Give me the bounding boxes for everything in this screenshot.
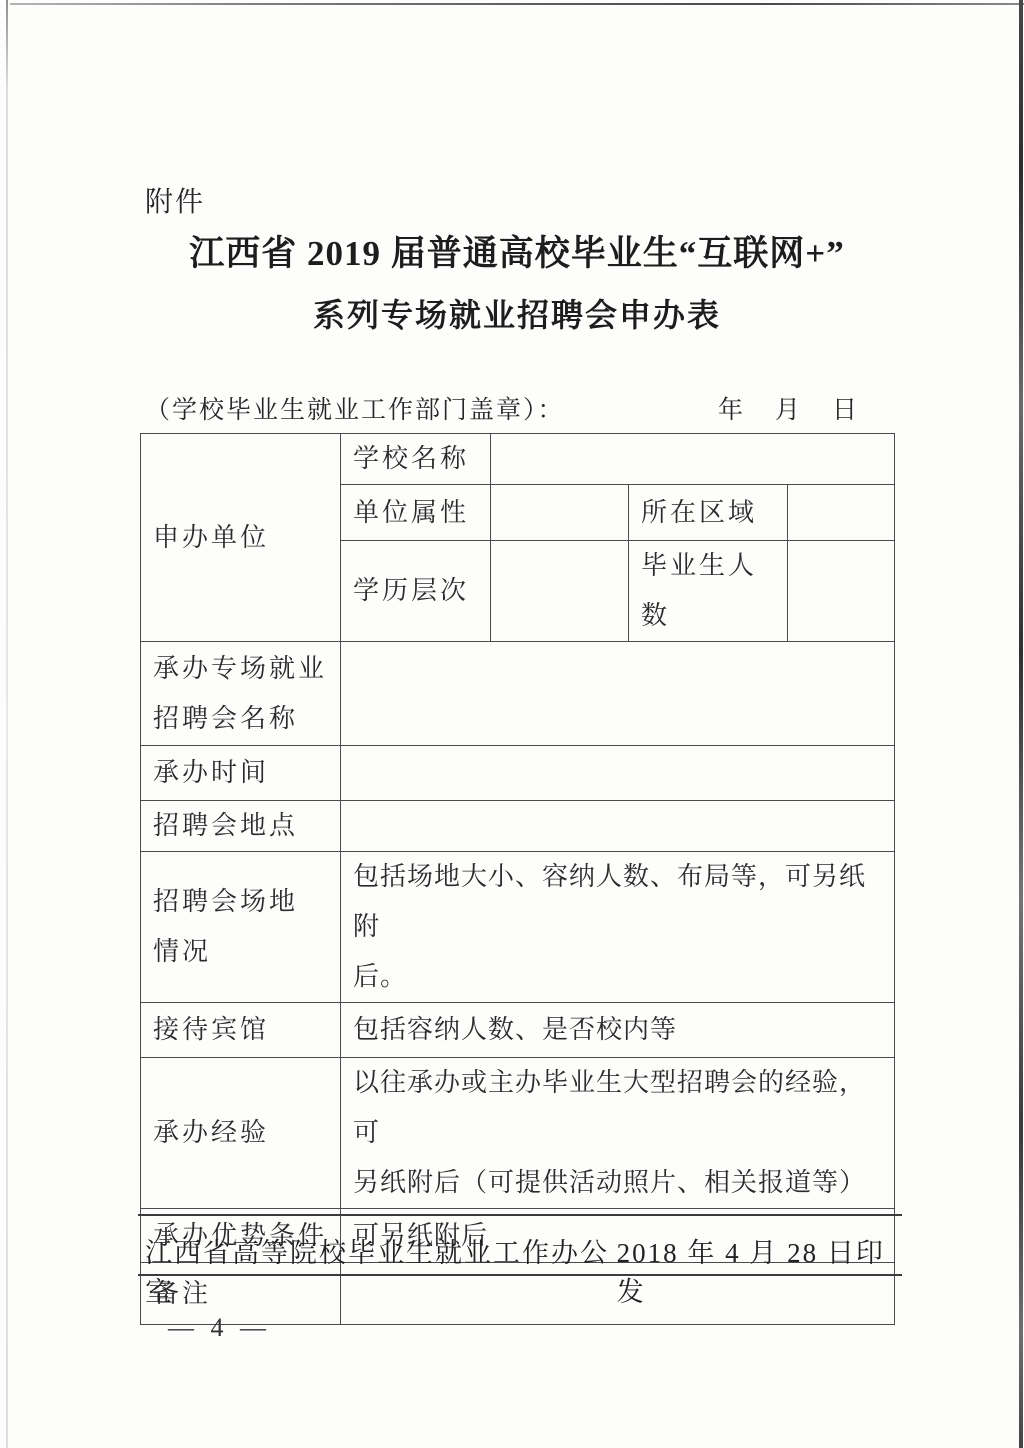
- table-row: 承办专场就业 招聘会名称: [141, 642, 895, 746]
- region-value-cell: [788, 485, 895, 541]
- education-level-label-cell: 学历层次: [341, 541, 491, 642]
- table-row: 招聘会地点: [141, 801, 895, 852]
- undertake-time-label-cell: 承办时间: [141, 746, 341, 801]
- attachment-label: 附件: [145, 180, 205, 220]
- school-name-label-cell: 学校名称: [341, 434, 491, 485]
- table-row: 招聘会场地 情况 包括场地大小、容纳人数、布局等，可另纸附 后。: [141, 852, 895, 1003]
- footer-line: 江西省高等院校毕业生就业工作办公室 2018 年 4 月 28 日印发: [145, 1231, 901, 1309]
- application-form-table: 申办单位 学校名称 单位属性 所在区域 学历层次 毕业生人数 承办专场就业 招聘…: [140, 433, 895, 1325]
- scan-edge-right-line: [1019, 0, 1023, 1448]
- scan-edge-top-line: [10, 3, 1024, 5]
- table-row: 申办单位 学校名称: [141, 434, 895, 485]
- hotel-value-cell: 包括容纳人数、是否校内等: [341, 1003, 895, 1058]
- fair-name-value-cell: [341, 642, 895, 746]
- document-title-line2: 系列专场就业招聘会申办表: [10, 290, 1024, 336]
- applicant-unit-label-cell: 申办单位: [141, 434, 341, 642]
- table-row: 接待宾馆 包括容纳人数、是否校内等: [141, 1003, 895, 1058]
- stamp-label: （学校毕业生就业工作部门盖章）：: [145, 390, 565, 426]
- education-level-value-cell: [491, 541, 629, 642]
- unit-property-label-cell: 单位属性: [341, 485, 491, 541]
- table-row: 承办经验 以往承办或主办毕业生大型招聘会的经验，可 另纸附后（可提供活动照片、相…: [141, 1058, 895, 1209]
- scanned-document-page: 附件 江西省 2019 届普通高校毕业生“互联网+” 系列专场就业招聘会申办表 …: [0, 0, 1024, 1448]
- graduates-count-label-cell: 毕业生人数: [629, 541, 788, 642]
- graduates-count-value-cell: [788, 541, 895, 642]
- date-blanks: 年 月 日: [718, 390, 857, 426]
- date-day-label: 日: [832, 390, 857, 426]
- unit-property-value-cell: [491, 485, 629, 541]
- region-label-cell: 所在区域: [629, 485, 788, 541]
- page-number: — 4 —: [168, 1313, 271, 1343]
- footer-top-rule: [138, 1214, 902, 1216]
- document-title-line1: 江西省 2019 届普通高校毕业生“互联网+”: [10, 226, 1024, 276]
- experience-value-cell: 以往承办或主办毕业生大型招聘会的经验，可 另纸附后（可提供活动照片、相关报道等）: [341, 1058, 895, 1209]
- scan-edge-left-line: [6, 0, 8, 1448]
- date-month-label: 月: [775, 390, 800, 426]
- site-condition-value-cell: 包括场地大小、容纳人数、布局等，可另纸附 后。: [341, 852, 895, 1003]
- table-row: 承办时间: [141, 746, 895, 801]
- stamp-line: （学校毕业生就业工作部门盖章）： 年 月 日: [145, 390, 877, 426]
- footer-bottom-rule: [138, 1274, 902, 1276]
- fair-place-value-cell: [341, 801, 895, 852]
- footer-issue-date: 2018 年 4 月 28 日印发: [617, 1231, 901, 1309]
- fair-place-label-cell: 招聘会地点: [141, 801, 341, 852]
- fair-name-label-cell: 承办专场就业 招聘会名称: [141, 642, 341, 746]
- experience-label-cell: 承办经验: [141, 1058, 341, 1209]
- site-condition-label-cell: 招聘会场地 情况: [141, 852, 341, 1003]
- undertake-time-value-cell: [341, 746, 895, 801]
- school-name-value-cell: [491, 434, 895, 485]
- footer-issuer: 江西省高等院校毕业生就业工作办公室: [145, 1231, 617, 1309]
- hotel-label-cell: 接待宾馆: [141, 1003, 341, 1058]
- date-year-label: 年: [718, 390, 743, 426]
